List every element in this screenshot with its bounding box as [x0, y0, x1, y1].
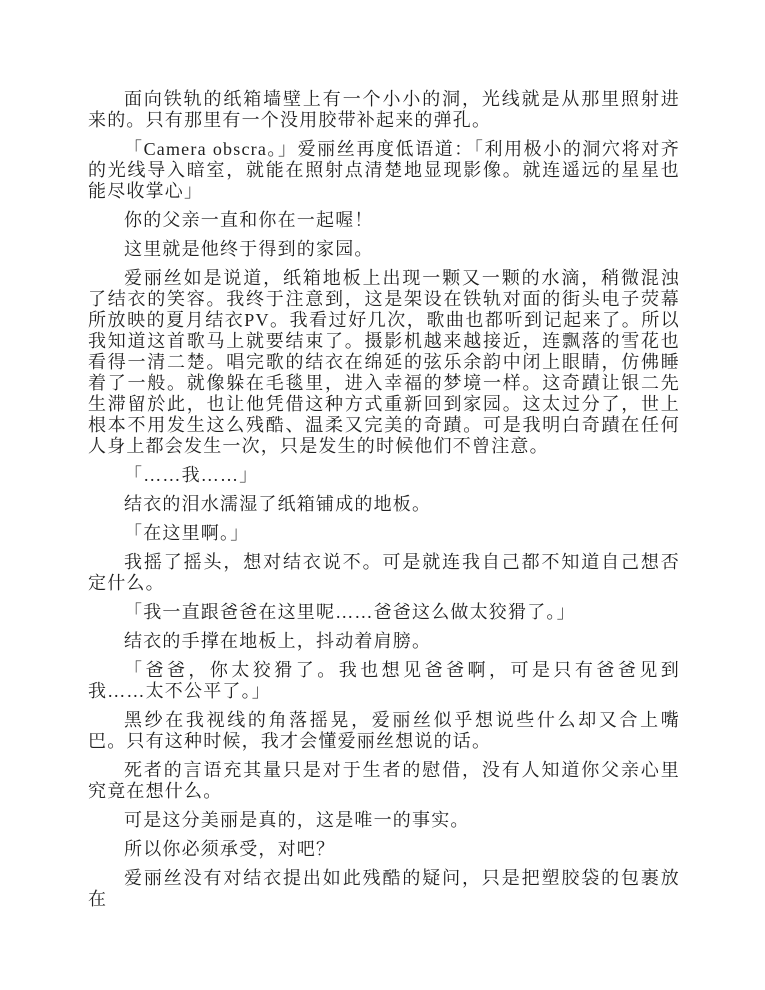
paragraph: 「爸爸，你太狡猾了。我也想见爸爸啊，可是只有爸爸见到我……太不公平了。」 [88, 660, 680, 702]
paragraph: 「在这里啊。」 [88, 523, 680, 544]
paragraph: 爱丽丝如是说道，纸箱地板上出现一颗又一颗的水滴，稍微混浊了结衣的笑容。我终于注意… [88, 268, 680, 457]
paragraph: 面向铁轨的纸箱墙壁上有一个小小的洞，光线就是从那里照射进来的。只有那里有一个没用… [88, 89, 680, 131]
text-block: 面向铁轨的纸箱墙壁上有一个小小的洞，光线就是从那里照射进来的。只有那里有一个没用… [88, 89, 680, 918]
paragraph: 可是这分美丽是真的，这是唯一的事实。 [88, 810, 680, 831]
paragraph: 结衣的手撑在地板上，抖动着肩膀。 [88, 631, 680, 652]
paragraph: 「我一直跟爸爸在这里呢……爸爸这么做太狡猾了。」 [88, 602, 680, 623]
paragraph: 爱丽丝没有对结衣提出如此残酷的疑问，只是把塑胶袋的包裹放在 [88, 868, 680, 910]
paragraph: 黑纱在我视线的角落摇晃，爱丽丝似乎想说些什么却又合上嘴巴。只有这种时候，我才会懂… [88, 710, 680, 752]
book-page: 面向铁轨的纸箱墙壁上有一个小小的洞，光线就是从那里照射进来的。只有那里有一个没用… [0, 0, 765, 990]
paragraph: 我摇了摇头，想对结衣说不。可是就连我自己都不知道自己想否定什么。 [88, 552, 680, 594]
paragraph: 「Camera obscra。」爱丽丝再度低语道：「利用极小的洞穴将对齐的光线导… [88, 139, 680, 202]
paragraph: 死者的言语充其量只是对于生者的慰借，没有人知道你父亲心里究竟在想什么。 [88, 760, 680, 802]
paragraph: 你的父亲一直和你在一起喔！ [88, 210, 680, 231]
paragraph: 所以你必须承受，对吧？ [88, 839, 680, 860]
paragraph: 结衣的泪水濡湿了纸箱铺成的地板。 [88, 494, 680, 515]
paragraph: 「……我……」 [88, 465, 680, 486]
paragraph: 这里就是他终于得到的家园。 [88, 239, 680, 260]
